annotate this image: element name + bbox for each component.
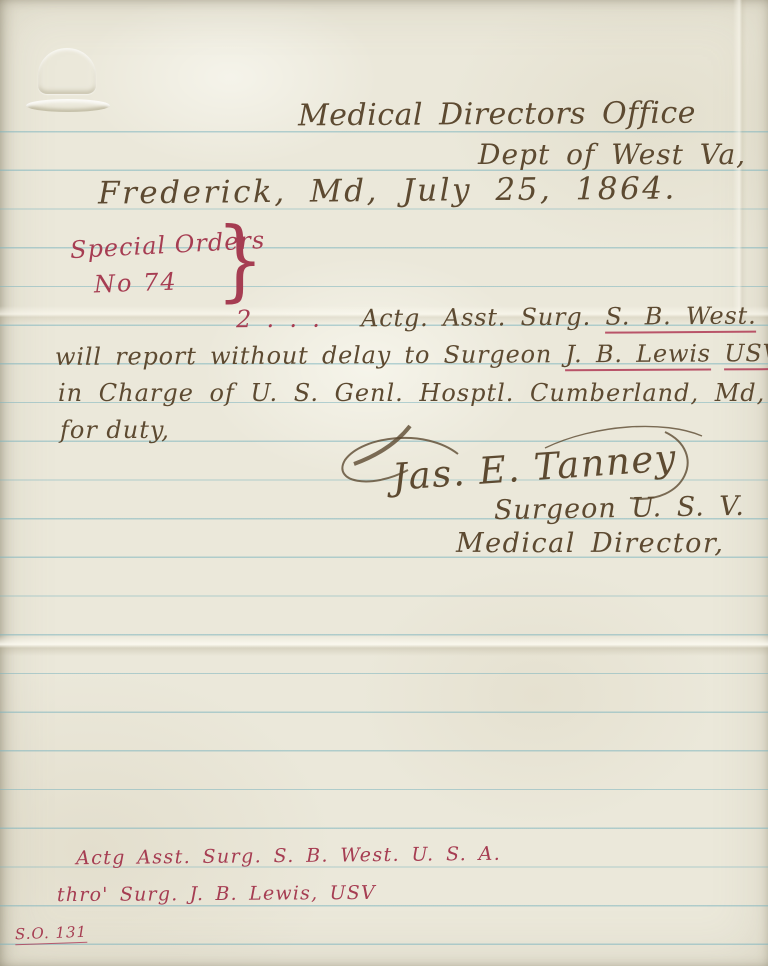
docket-line-2: thro' Surg. J. B. Lewis, USV — [57, 882, 376, 906]
file-reference-number: S.O. 131 — [15, 923, 88, 946]
signature-title-office: Medical Director, — [456, 528, 724, 559]
signature-title-rank: Surgeon U. S. V. — [494, 491, 745, 526]
surgeon-name-underlined: J. B. Lewis — [565, 339, 711, 371]
embossed-stationer-seal — [26, 46, 110, 112]
special-orders-brace: } — [216, 216, 264, 304]
header-place-date-line: Frederick, Md, July 25, 1864. — [98, 170, 677, 211]
body-line-3: in Charge of U. S. Genl. Hosptl. Cumberl… — [58, 379, 765, 407]
surgeon-rank-underlined: USV — [724, 339, 768, 370]
addressee-name-underlined: S. B. West. — [605, 302, 756, 334]
body-line-4: for duty, — [60, 416, 170, 444]
signature-name: Jas. E. Tanney — [391, 436, 679, 499]
header-dept-line: Dept of West Va, — [478, 138, 746, 171]
docket-line-1: Actg Asst. Surg. S. B. West. U. S. A. — [76, 843, 501, 869]
body-line2-text: will report without delay to Surgeon — [55, 340, 552, 371]
seal-base — [26, 99, 110, 112]
letter-page: Medical Directors Office Dept of West Va… — [0, 0, 768, 966]
horizontal-fold-crease-middle — [0, 636, 768, 656]
body-line-1: 2 . . . Actg. Asst. Surg. S. B. West. U.… — [236, 301, 768, 333]
order-item-number: 2 . . . — [236, 305, 321, 334]
special-orders-number: No 74 — [94, 268, 179, 299]
body-line-2: will report without delay to Surgeon J. … — [55, 339, 768, 371]
header-office-line: Medical Directors Office — [298, 96, 696, 134]
seal-dome — [38, 48, 96, 94]
body-line1-text: Actg. Asst. Surg. — [361, 303, 591, 333]
